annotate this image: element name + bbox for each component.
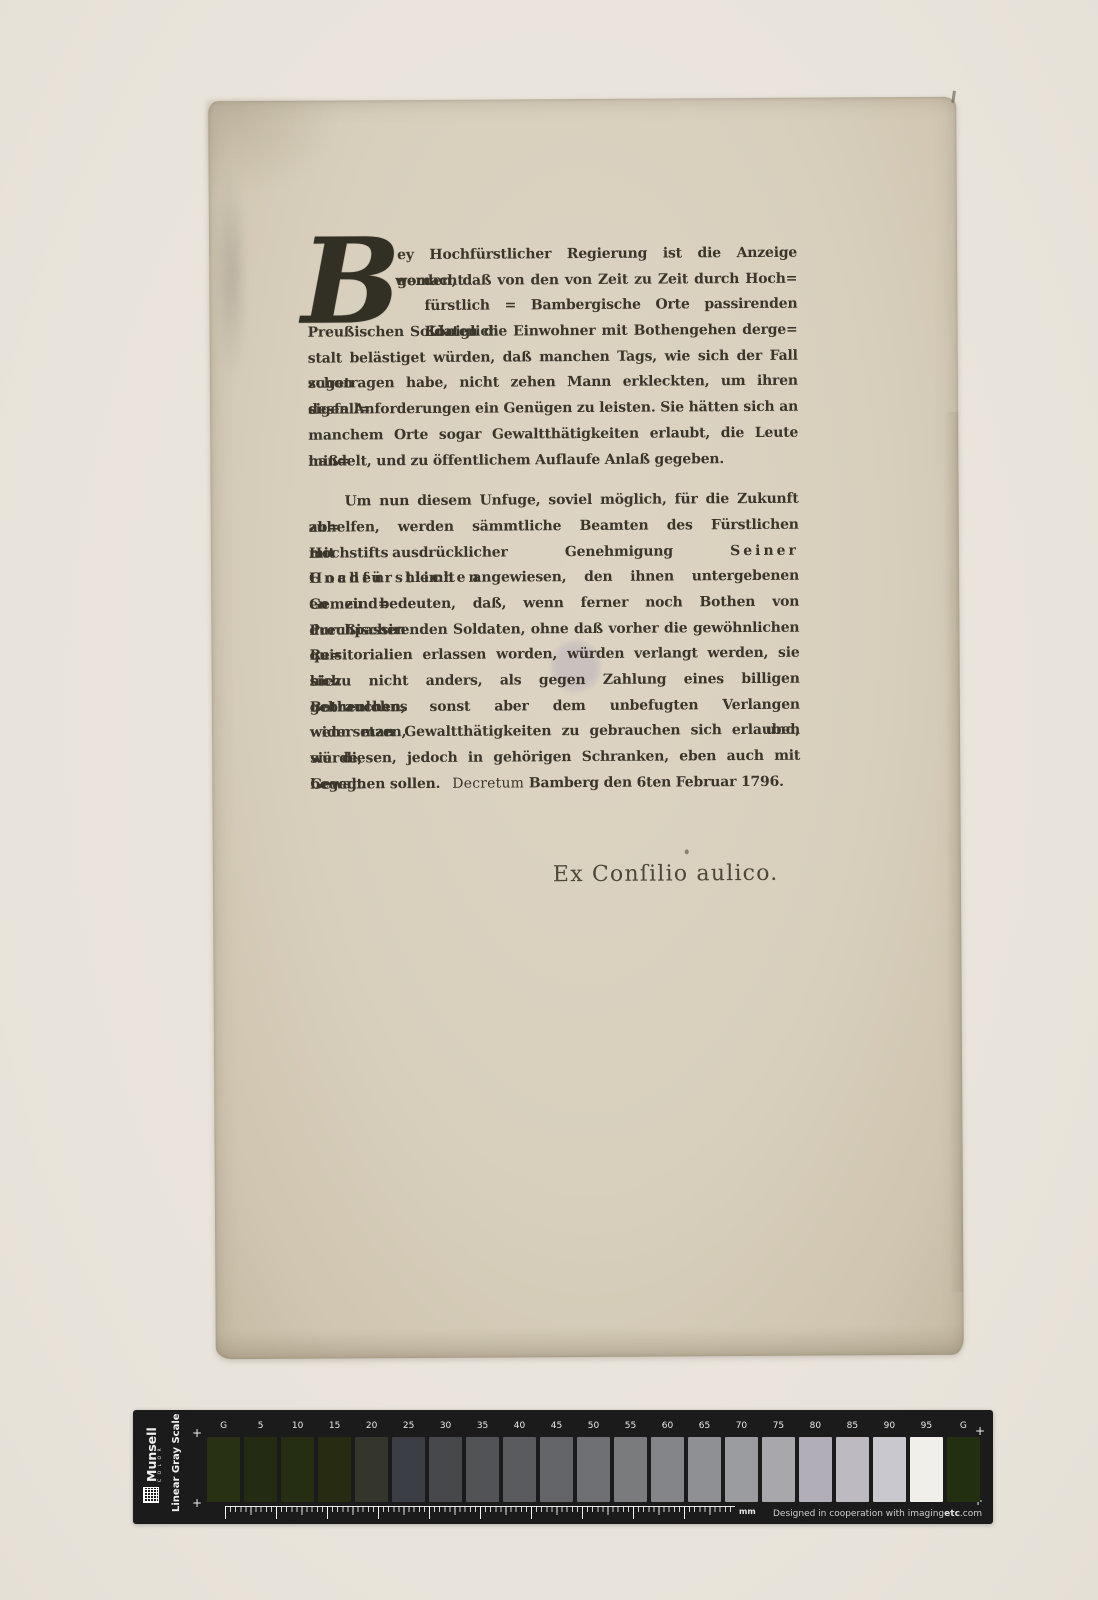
patch-label: G	[947, 1421, 980, 1431]
text-segment: begegnen sollen.	[310, 776, 440, 793]
text-line: en zu bedeuten, daß, wenn ferner noch Bo…	[309, 590, 799, 619]
gray-patch: 85	[836, 1437, 869, 1502]
text-line: durchpassirenden Soldaten, ohne daß vorh…	[309, 615, 799, 644]
gray-patch: 25	[392, 1437, 425, 1502]
gray-patch: 35	[466, 1437, 499, 1502]
decree-text-block: B ey Hochfürstlicher Regierung ist die A…	[307, 241, 801, 889]
mm-ruler-major-ticks	[225, 1506, 735, 1519]
text-segment: mit ausdrücklicher Genehmigung	[309, 543, 730, 562]
scale-name-label: Linear Gray Scale	[171, 1413, 182, 1512]
patch-label: 35	[466, 1421, 499, 1431]
gray-patch: 95	[910, 1437, 943, 1502]
credit-text: Designed in cooperation with imagingetc.…	[773, 1509, 982, 1519]
text-line: gebrauchen, sonst aber dem unbefugten Ve…	[310, 692, 800, 721]
registration-plus-mark: +	[192, 1496, 202, 1510]
gray-patch: 65	[688, 1437, 721, 1502]
text-line: zugetragen habe, nicht zehen Mann erklec…	[308, 369, 798, 398]
closing-formula: Ex Conſilio aulico.	[553, 861, 801, 888]
patch-label: 85	[836, 1421, 869, 1431]
text-line: sigen Anforderungen ein Genügen zu leist…	[308, 395, 798, 424]
patch-label: 25	[392, 1421, 425, 1431]
text-line: zuhelfen, werden sämmtliche Beamten des …	[309, 513, 799, 542]
gray-patch: G	[947, 1437, 980, 1502]
patch-label: 60	[651, 1421, 684, 1431]
credit-segment: Designed in cooperation with imaging	[773, 1509, 944, 1519]
patch-label: 75	[762, 1421, 795, 1431]
patch-label: 80	[799, 1421, 832, 1431]
munsell-color-sublabel: C O L O R	[158, 1447, 163, 1482]
text-line: Um nun diesem Unfuge, soviel möglich, fü…	[309, 487, 799, 516]
paper-fiber	[951, 91, 956, 103]
text-line: mit ausdrücklicher Genehmigung Seiner Ho…	[309, 538, 799, 567]
text-line: begegnen sollen.Decretum Bamberg den 6te…	[310, 769, 800, 798]
gray-patch: 45	[540, 1437, 573, 1502]
patch-label: 95	[910, 1421, 943, 1431]
paragraph-1: B ey Hochfürstlicher Regierung ist die A…	[307, 241, 798, 475]
patch-label: 90	[873, 1421, 906, 1431]
text-segment: Bamberg den 6ten Februar 1796.	[524, 774, 784, 792]
document-paper: B ey Hochfürstlicher Regierung ist die A…	[208, 97, 964, 1360]
paper-right-shading	[944, 411, 963, 1292]
gray-patch: 55	[614, 1437, 647, 1502]
gray-patch: G	[207, 1437, 240, 1502]
paper-stain-left-edge	[213, 161, 250, 386]
ruler-unit-label: mm	[739, 1507, 756, 1516]
munsell-grid-icon	[143, 1487, 159, 1503]
patch-label: 20	[355, 1421, 388, 1431]
text-line: wenn man Gewaltthätigkeiten zu gebrauche…	[310, 718, 800, 747]
patch-label: 55	[614, 1421, 647, 1431]
patch-label: 10	[281, 1421, 314, 1431]
patch-label: 45	[540, 1421, 573, 1431]
patch-label: 65	[688, 1421, 721, 1431]
patch-label: 40	[503, 1421, 536, 1431]
gray-patch: 40	[503, 1437, 536, 1502]
text-line: Gnaden hiemit angewiesen, den ihnen unte…	[309, 564, 799, 593]
gray-patch: 60	[651, 1437, 684, 1502]
munsell-brand-label: Munsell	[144, 1427, 159, 1482]
drop-cap-initial: B	[301, 233, 394, 334]
text-line: handelt, und zu öffentlichem Auflaufe An…	[308, 446, 798, 475]
gray-patch: 80	[799, 1437, 832, 1502]
gray-patch: 75	[762, 1437, 795, 1502]
text-line: sie diesen, jedoch in gehörigen Schranke…	[310, 744, 800, 773]
patch-row: G5101520253035404550556065707580859095G	[207, 1437, 980, 1502]
gray-patch: 10	[281, 1437, 314, 1502]
patch-label: 5	[244, 1421, 277, 1431]
credit-segment: .com	[960, 1509, 982, 1519]
patch-label: 30	[429, 1421, 462, 1431]
gray-patch: 5	[244, 1437, 277, 1502]
text-line: hiezu nicht anders, als gegen Zahlung ei…	[310, 667, 800, 696]
credit-segment-bold: etc	[944, 1509, 960, 1519]
text-segment-letterspaced: Gnaden	[309, 570, 387, 586]
decretum-antiqua: Decretum	[440, 775, 524, 792]
patch-label: 15	[318, 1421, 351, 1431]
gray-patch: 30	[429, 1437, 462, 1502]
gray-patch: 50	[577, 1437, 610, 1502]
paper-deckle-shading	[216, 1325, 964, 1360]
gray-patch: 70	[725, 1437, 758, 1502]
text-line: manchem Orte sogar Gewaltthätigkeiten er…	[308, 421, 798, 450]
patch-label: 70	[725, 1421, 758, 1431]
text-line: quisitorialien erlassen worden, würden v…	[309, 641, 799, 670]
paragraph-2: Um nun diesem Unfuge, soviel möglich, fü…	[309, 487, 801, 798]
photo-canvas: B ey Hochfürstlicher Regierung ist die A…	[0, 0, 1098, 1600]
patch-label: G	[207, 1421, 240, 1431]
gray-patch: 15	[318, 1437, 351, 1502]
paper-stain-corner	[206, 99, 337, 195]
registration-plus-mark: +	[192, 1426, 202, 1440]
patch-label: 50	[577, 1421, 610, 1431]
gray-patch: 20	[355, 1437, 388, 1502]
gray-patch: 90	[873, 1437, 906, 1502]
gray-scale-calibration-bar: Munsell C O L O R Linear Gray Scale + + …	[133, 1410, 993, 1524]
